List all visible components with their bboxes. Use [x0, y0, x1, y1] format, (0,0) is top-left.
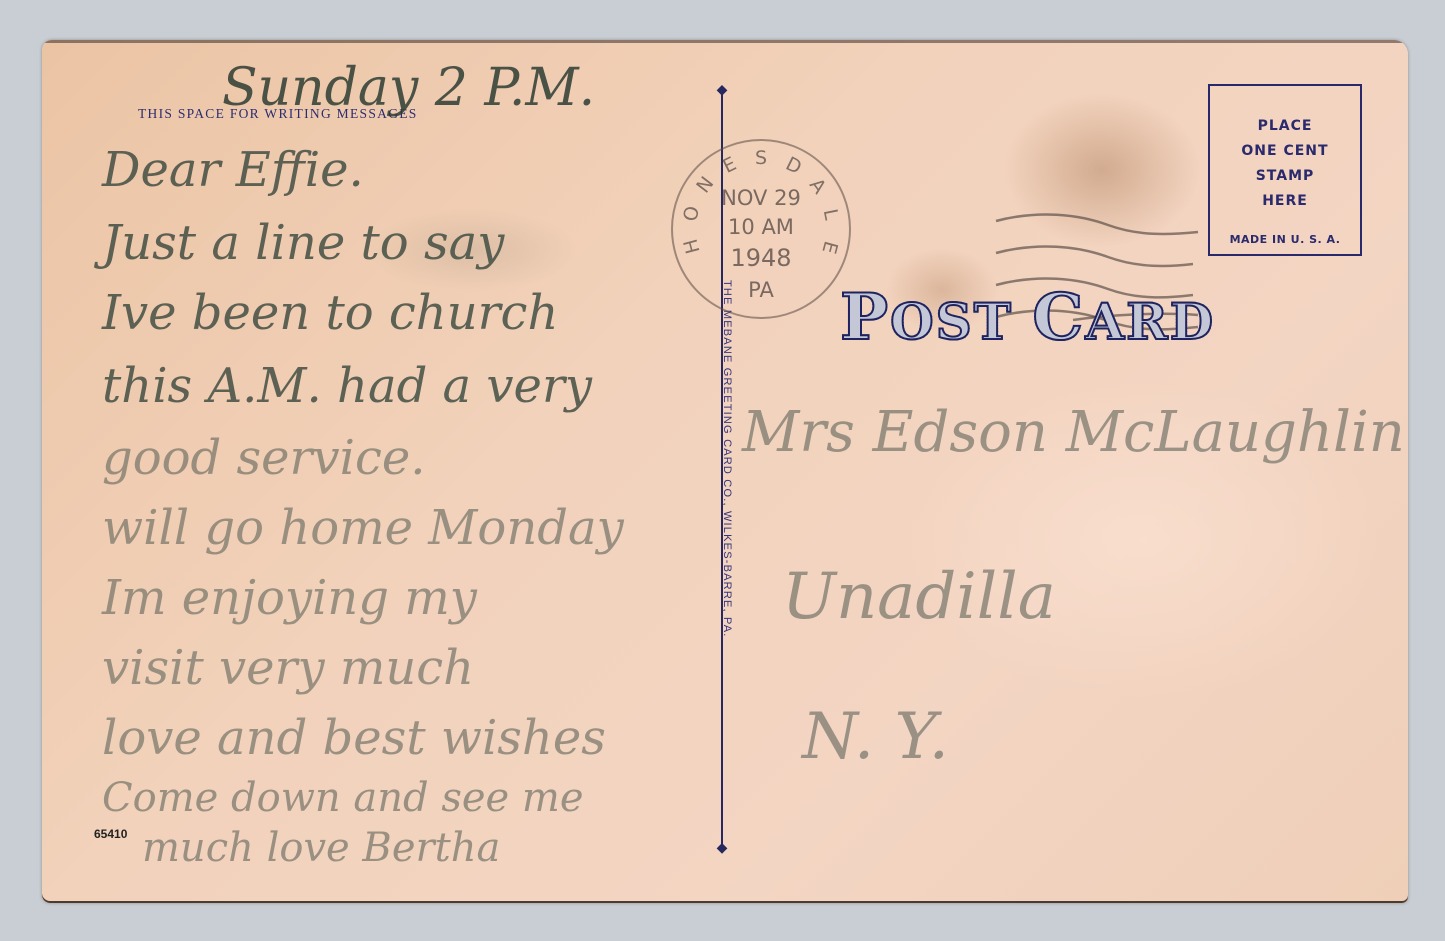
stamp-line-1: PLACE: [1210, 114, 1360, 139]
postmark-time: 10 AM: [673, 215, 849, 239]
message-line: Just a line to say: [102, 215, 504, 271]
message-signature: much love Bertha: [142, 825, 500, 871]
message-heading: Sunday 2 P.M.: [222, 58, 595, 118]
post-card-title: POST CARD: [840, 280, 1215, 355]
divider-ornament-top-icon: ◆: [715, 82, 729, 96]
stamp-line-3: STAMP: [1210, 164, 1360, 189]
made-in-label: MADE IN U. S. A.: [1210, 233, 1360, 246]
postmark-year: 1948: [673, 244, 849, 272]
message-line: good service.: [102, 430, 426, 486]
address-name: Mrs Edson McLaughlin: [742, 400, 1405, 465]
stamp-box: PLACE ONE CENT STAMP HERE MADE IN U. S. …: [1208, 84, 1362, 256]
message-line: Dear Effie.: [102, 142, 364, 198]
message-line: this A.M. had a very: [102, 358, 592, 414]
message-line: Come down and see me: [102, 775, 584, 821]
postmark-date: NOV 29: [673, 186, 849, 210]
publisher-imprint: THE MEBANE GREETING CARD CO., WILKES-BAR…: [721, 280, 733, 638]
address-state: N. Y.: [802, 700, 949, 774]
message-line: love and best wishes: [102, 710, 606, 766]
message-line: Ive been to church: [102, 285, 558, 341]
divider-ornament-bottom-icon: ◆: [715, 840, 729, 854]
stamp-line-4: HERE: [1210, 189, 1360, 214]
message-line: Im enjoying my: [102, 570, 477, 626]
postcard-back: THIS SPACE FOR WRITING MESSAGES ◆ ◆ THE …: [42, 40, 1408, 903]
message-line: will go home Monday: [102, 500, 624, 556]
postmark-circle: HONESDALE NOV 29 10 AM 1948 PA: [671, 139, 851, 319]
postmark-state: PA: [673, 278, 849, 302]
catalog-number: 65410: [94, 827, 127, 841]
stamp-line-2: ONE CENT: [1210, 139, 1360, 164]
message-line: visit very much: [102, 640, 474, 696]
address-city: Unadilla: [782, 560, 1056, 634]
